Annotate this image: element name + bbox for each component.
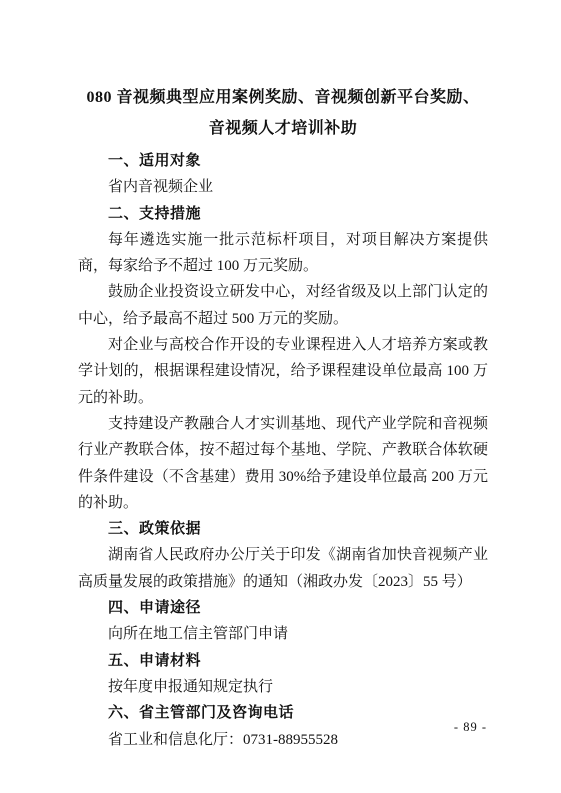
- title-line-1: 080 音视频典型应用案例奖励、音视频创新平台奖励、: [78, 82, 488, 113]
- paragraph: 支持建设产教融合人才实训基地、现代产业学院和音视频行业产教联合体，按不超过每个基…: [78, 411, 488, 516]
- section-3: 三、政策依据湖南省人民政府办公厅关于印发《湖南省加快音视频产业高质量发展的政策措…: [78, 516, 488, 595]
- section-4: 四、申请途径向所在地工信主管部门申请: [78, 595, 488, 648]
- paragraph: 省内音视频企业: [78, 174, 488, 200]
- paragraph: 按年度申报通知规定执行: [78, 674, 488, 700]
- paragraph: 湖南省人民政府办公厅关于印发《湖南省加快音视频产业高质量发展的政策措施》的通知（…: [78, 542, 488, 595]
- section-6: 六、省主管部门及咨询电话省工业和信息化厅：0731-88955528: [78, 700, 488, 753]
- sections: 一、适用对象省内音视频企业二、支持措施每年遴选实施一批示范标杆项目，对项目解决方…: [78, 148, 488, 753]
- page-title: 080 音视频典型应用案例奖励、音视频创新平台奖励、 音视频人才培训补助: [78, 82, 488, 144]
- section-2: 二、支持措施每年遴选实施一批示范标杆项目，对项目解决方案提供商，每家给予不超过 …: [78, 201, 488, 517]
- paragraph: 对企业与高校合作开设的专业课程进入人才培养方案或教学计划的，根据课程建设情况，给…: [78, 332, 488, 411]
- section-5: 五、申请材料按年度申报通知规定执行: [78, 648, 488, 701]
- section-heading: 五、申请材料: [78, 648, 488, 674]
- paragraph: 鼓励企业投资设立研发中心，对经省级及以上部门认定的中心，给予最高不超过 500 …: [78, 279, 488, 332]
- page-number: - 89 -: [454, 718, 487, 736]
- paragraph: 每年遴选实施一批示范标杆项目，对项目解决方案提供商，每家给予不超过 100 万元…: [78, 227, 488, 280]
- document-page: 080 音视频典型应用案例奖励、音视频创新平台奖励、 音视频人才培训补助 一、适…: [0, 0, 561, 793]
- section-heading: 四、申请途径: [78, 595, 488, 621]
- document-body: 080 音视频典型应用案例奖励、音视频创新平台奖励、 音视频人才培训补助 一、适…: [78, 82, 488, 753]
- section-heading: 三、政策依据: [78, 516, 488, 542]
- section-heading: 六、省主管部门及咨询电话: [78, 700, 488, 726]
- paragraph: 向所在地工信主管部门申请: [78, 621, 488, 647]
- paragraph: 省工业和信息化厅：0731-88955528: [78, 727, 488, 753]
- section-1: 一、适用对象省内音视频企业: [78, 148, 488, 201]
- section-heading: 二、支持措施: [78, 201, 488, 227]
- section-heading: 一、适用对象: [78, 148, 488, 174]
- title-line-2: 音视频人才培训补助: [78, 113, 488, 144]
